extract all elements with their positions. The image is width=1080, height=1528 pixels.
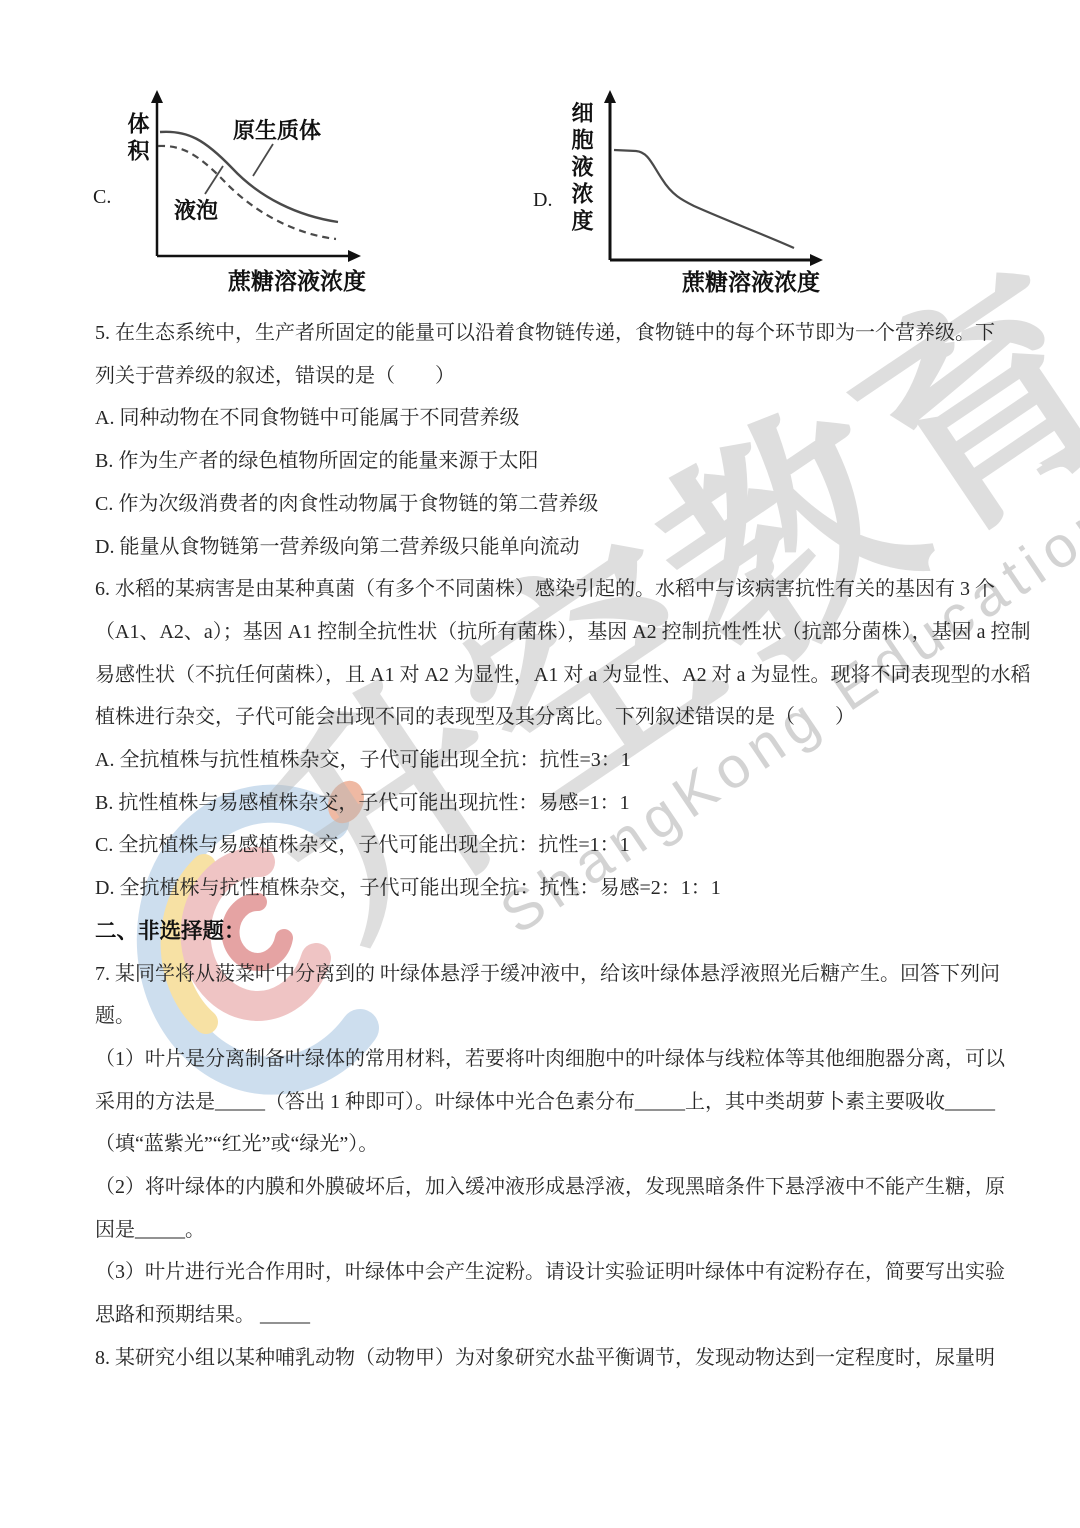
question-body: 5. 在生态系统中，生产者所固定的能量可以沿着食物链传递，食物链中的每个环节即为… (95, 312, 1005, 1380)
q6-option-c: C. 全抗植株与易感植株杂交，子代可能出现全抗：抗性=1：1 (95, 824, 1005, 867)
option-d-figure-label: D. (533, 189, 552, 212)
figure-c-x-axis-label: 蔗糖溶液浓度 (228, 263, 366, 296)
q6-stem-line-3: 易感性状（不抗任何菌株），且 A1 对 A2 为显性，A1 对 a 为显性、A2… (95, 654, 1005, 697)
figure-d-y-axis-label: 细胞液浓度 (570, 101, 592, 246)
q5-stem-line-1: 5. 在生态系统中，生产者所固定的能量可以沿着食物链传递，食物链中的每个环节即为… (95, 312, 1005, 355)
q6-option-d: D. 全抗植株与抗性植株杂交，子代可能出现全抗：抗性：易感=2：1：1 (95, 867, 1005, 910)
q7-stem-line-2: 题。 (95, 995, 1005, 1038)
q7-part1-line-1: （1）叶片是分离制备叶绿体的常用材料，若要将叶肉细胞中的叶绿体与线粒体等其他细胞… (95, 1038, 1005, 1081)
q6-stem-line-4: 植株进行杂交，子代可能会出现不同的表现型及其分离比。下列叙述错误的是（ ） (95, 696, 1005, 739)
q8-stem-line-1: 8. 某研究小组以某种哺乳动物（动物甲）为对象研究水盐平衡调节，发现动物达到一定… (95, 1337, 1005, 1380)
q6-stem-line-1: 6. 水稻的某病害是由某种真菌（有多个不同菌株）感染引起的。水稻中与该病害抗性有… (95, 568, 1005, 611)
section-2-header: 二、非选择题： (95, 910, 1005, 953)
q7-part1-line-2: 采用的方法是_____（答出 1 种即可）。叶绿体中光合色素分布_____上，其… (95, 1081, 1005, 1124)
figure-c-solid-curve-label: 原生质体 (233, 114, 321, 145)
q6-stem-line-2: （A1、A2、a）；基因 A1 控制全抗性状（抗所有菌株），基因 A2 控制抗性… (95, 611, 1005, 654)
q7-part2-line-2: 因是_____。 (95, 1209, 1005, 1252)
q7-part3-line-1: （3）叶片进行光合作用时，叶绿体中会产生淀粉。请设计实验证明叶绿体中有淀粉存在，… (95, 1251, 1005, 1294)
option-c-figure-label: C. (93, 186, 111, 209)
q5-option-d: D. 能量从食物链第一营养级向第二营养级只能单向流动 (95, 526, 1005, 569)
q7-part3-line-2: 思路和预期结果。 _____ (95, 1294, 1005, 1337)
q5-option-b: B. 作为生产者的绿色植物所固定的能量来源于太阳 (95, 440, 1005, 483)
figure-c-dashed-curve-label: 液泡 (174, 194, 218, 225)
q6-option-a: A. 全抗植株与抗性植株杂交，子代可能出现全抗：抗性=3：1 (95, 739, 1005, 782)
q6-option-b: B. 抗性植株与易感植株杂交，子代可能出现抗性：易感=1：1 (95, 782, 1005, 825)
q7-part2-line-1: （2）将叶绿体的内膜和外膜破坏后，加入缓冲液形成悬浮液，发现黑暗条件下悬浮液中不… (95, 1166, 1005, 1209)
q5-stem-line-2: 列关于营养级的叙述，错误的是（ ） (95, 355, 1005, 398)
q7-part1-line-3: （填“蓝紫光”“红光”或“绿光”）。 (95, 1123, 1005, 1166)
q7-stem-line-1: 7. 某同学将从菠菜叶中分离到的 叶绿体悬浮于缓冲液中，给该叶绿体悬浮液照光后糖… (95, 953, 1005, 996)
exam-paper-page: 升空教育 ShangKong Education C. 体积 原生质体 液泡 蔗… (0, 0, 1080, 1528)
figure-d-x-axis-label: 蔗糖溶液浓度 (682, 264, 820, 297)
figure-c-y-axis-label: 体积 (126, 112, 148, 222)
q5-option-a: A. 同种动物在不同食物链中可能属于不同营养级 (95, 397, 1005, 440)
q5-option-c: C. 作为次级消费者的肉食性动物属于食物链的第二营养级 (95, 483, 1005, 526)
